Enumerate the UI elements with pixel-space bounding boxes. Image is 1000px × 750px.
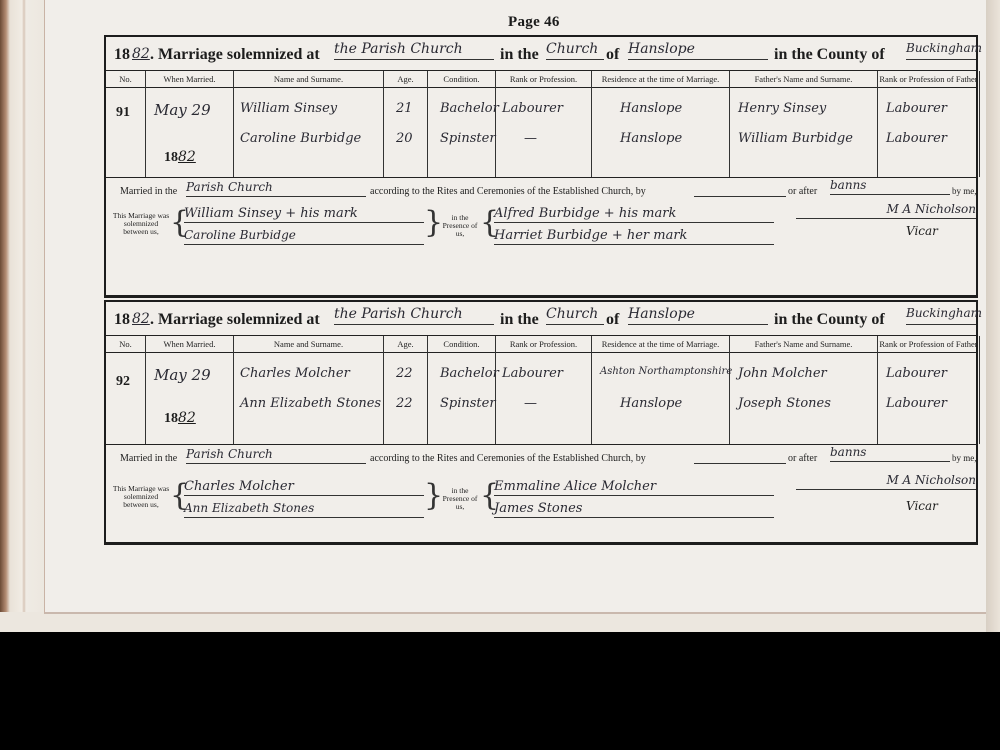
column-header: Name and Surname. [234, 71, 384, 87]
church-type-field: Church [546, 41, 604, 60]
photo-background [0, 632, 1000, 750]
married-in-field: Parish Church [186, 447, 366, 464]
in-the-label: in the [500, 311, 539, 329]
bride-condition: Spinster [440, 396, 496, 411]
bride-father-rank: Labourer [886, 131, 947, 146]
bride-residence: Hanslope [620, 396, 682, 411]
officiant-title: Vicar [906, 499, 938, 513]
column-cell [106, 352, 146, 444]
by-field [694, 180, 786, 197]
column-header: Age. [384, 336, 428, 352]
column-cell [106, 87, 146, 177]
officiant-title: Vicar [906, 224, 938, 238]
county-label: in the County of [774, 46, 885, 64]
groom-name: Charles Molcher [240, 366, 350, 381]
by-me-label: by me, [952, 453, 977, 463]
marriage-solemnized-label: . Marriage solemnized at [150, 46, 320, 64]
bride-father-rank: Labourer [886, 396, 947, 411]
marriage-solemnized-label: . Marriage solemnized at [150, 311, 320, 329]
this-marriage-label: This Marriage was solemnized between us, [112, 485, 170, 509]
county-field: Buckingham [906, 306, 976, 325]
bride-name: Ann Elizabeth Stones [240, 396, 381, 411]
bride-father-name: Joseph Stones [738, 396, 831, 411]
bride-father-name: William Burbidge [738, 131, 853, 146]
column-header: No. [106, 336, 146, 352]
bride-rank: — [524, 396, 537, 411]
bride-residence: Hanslope [620, 131, 682, 146]
party-signature-2: Ann Elizabeth Stones [184, 501, 424, 518]
groom-father-rank: Labourer [886, 366, 947, 381]
year-prefix: 18 [114, 46, 130, 64]
bride-age: 20 [396, 131, 413, 146]
parish-field: Hanslope [628, 306, 768, 325]
groom-residence: Ashton Northamptonshire [600, 366, 732, 377]
column-header: Father's Name and Surname. [730, 71, 878, 87]
groom-condition: Bachelor [440, 101, 499, 116]
groom-rank: Labourer [502, 101, 563, 116]
county-label: in the County of [774, 311, 885, 329]
column-header: Residence at the time of Marriage. [592, 71, 730, 87]
bride-condition: Spinster [440, 131, 496, 146]
entry-body: 91May 291882William Sinsey21BachelorLabo… [106, 87, 976, 177]
officiant-signature: M A Nicholson [796, 202, 976, 219]
marriage-entry-92: 18 82 . Marriage solemnized at the Paris… [104, 300, 978, 545]
book-page-edges [0, 0, 48, 632]
entry-footer: Married in the Parish Church according t… [106, 444, 976, 445]
bride-rank: — [524, 131, 537, 146]
column-header: Condition. [428, 71, 496, 87]
groom-rank: Labourer [502, 366, 563, 381]
of-label: of [606, 311, 619, 329]
by-field [694, 447, 786, 464]
married-in-field: Parish Church [186, 180, 366, 197]
place-field: the Parish Church [334, 41, 494, 60]
page-number: Page 46 [508, 14, 560, 31]
column-headers: No.When Married.Name and Surname.Age.Con… [106, 70, 976, 88]
entry-footer: Married in the Parish Church according t… [106, 177, 976, 178]
marriage-date: May 29 [154, 101, 211, 119]
party-signature-1: William Sinsey + his mark [184, 206, 424, 223]
year-prefix: 18 [114, 311, 130, 329]
marriage-year: 1882 [164, 149, 196, 166]
column-headers: No.When Married.Name and Surname.Age.Con… [106, 335, 976, 353]
column-header: Condition. [428, 336, 496, 352]
church-type-field: Church [546, 306, 604, 325]
rites-label: according to the Rites and Ceremonies of… [370, 453, 646, 464]
rites-label: according to the Rites and Ceremonies of… [370, 186, 646, 197]
column-header: Father's Name and Surname. [730, 336, 878, 352]
facing-page-edge [986, 0, 1000, 632]
groom-father-rank: Labourer [886, 101, 947, 116]
presence-label: in the Presence of us, [440, 487, 480, 511]
or-after-label: or after [788, 453, 817, 464]
column-header: When Married. [146, 71, 234, 87]
page-bottom-edge [0, 612, 1000, 632]
officiant-signature: M A Nicholson [796, 473, 976, 490]
groom-age: 22 [396, 366, 413, 381]
county-field: Buckingham [906, 41, 976, 60]
column-header: No. [106, 71, 146, 87]
or-after-label: or after [788, 186, 817, 197]
groom-residence: Hanslope [620, 101, 682, 116]
in-the-label: in the [500, 46, 539, 64]
marriage-date: May 29 [154, 366, 211, 384]
entry-body: 92May 291882Charles Molcher22BachelorLab… [106, 352, 976, 444]
parish-field: Hanslope [628, 41, 768, 60]
column-header: When Married. [146, 336, 234, 352]
marriage-year: 1882 [164, 410, 196, 427]
party-signature-1: Charles Molcher [184, 479, 424, 496]
column-header: Rank or Profession of Father [878, 336, 980, 352]
of-label: of [606, 46, 619, 64]
groom-father-name: John Molcher [738, 366, 827, 381]
column-header: Rank or Profession of Father [878, 71, 980, 87]
bride-name: Caroline Burbidge [240, 131, 361, 146]
place-field: the Parish Church [334, 306, 494, 325]
year-suffix: 82 [132, 311, 150, 327]
bride-age: 22 [396, 396, 413, 411]
column-header: Rank or Profession. [496, 336, 592, 352]
column-header: Age. [384, 71, 428, 87]
married-in-label: Married in the [120, 453, 177, 464]
by-me-label: by me, [952, 186, 977, 196]
groom-name: William Sinsey [240, 101, 337, 116]
marriage-entry-91: 18 82 . Marriage solemnized at the Paris… [104, 35, 978, 298]
entry-title-row: 18 82 . Marriage solemnized at the Paris… [106, 302, 976, 335]
married-in-label: Married in the [120, 186, 177, 197]
entry-number: 91 [116, 105, 130, 121]
column-header: Residence at the time of Marriage. [592, 336, 730, 352]
witness-signature-2: Harriet Burbidge + her mark [494, 228, 774, 245]
witness-signature-2: James Stones [494, 501, 774, 518]
groom-father-name: Henry Sinsey [738, 101, 826, 116]
after-field: banns [830, 445, 950, 462]
witness-signature-1: Emmaline Alice Molcher [494, 479, 774, 496]
column-header: Name and Surname. [234, 336, 384, 352]
entry-number: 92 [116, 374, 130, 390]
presence-label: in the Presence of us, [440, 214, 480, 238]
witness-signature-1: Alfred Burbidge + his mark [494, 206, 774, 223]
this-marriage-label: This Marriage was solemnized between us, [112, 212, 170, 236]
column-header: Rank or Profession. [496, 71, 592, 87]
party-signature-2: Caroline Burbidge [184, 228, 424, 245]
groom-condition: Bachelor [440, 366, 499, 381]
after-field: banns [830, 178, 950, 195]
groom-age: 21 [396, 101, 413, 116]
year-suffix: 82 [132, 46, 150, 62]
entry-title-row: 18 82 . Marriage solemnized at the Paris… [106, 37, 976, 70]
